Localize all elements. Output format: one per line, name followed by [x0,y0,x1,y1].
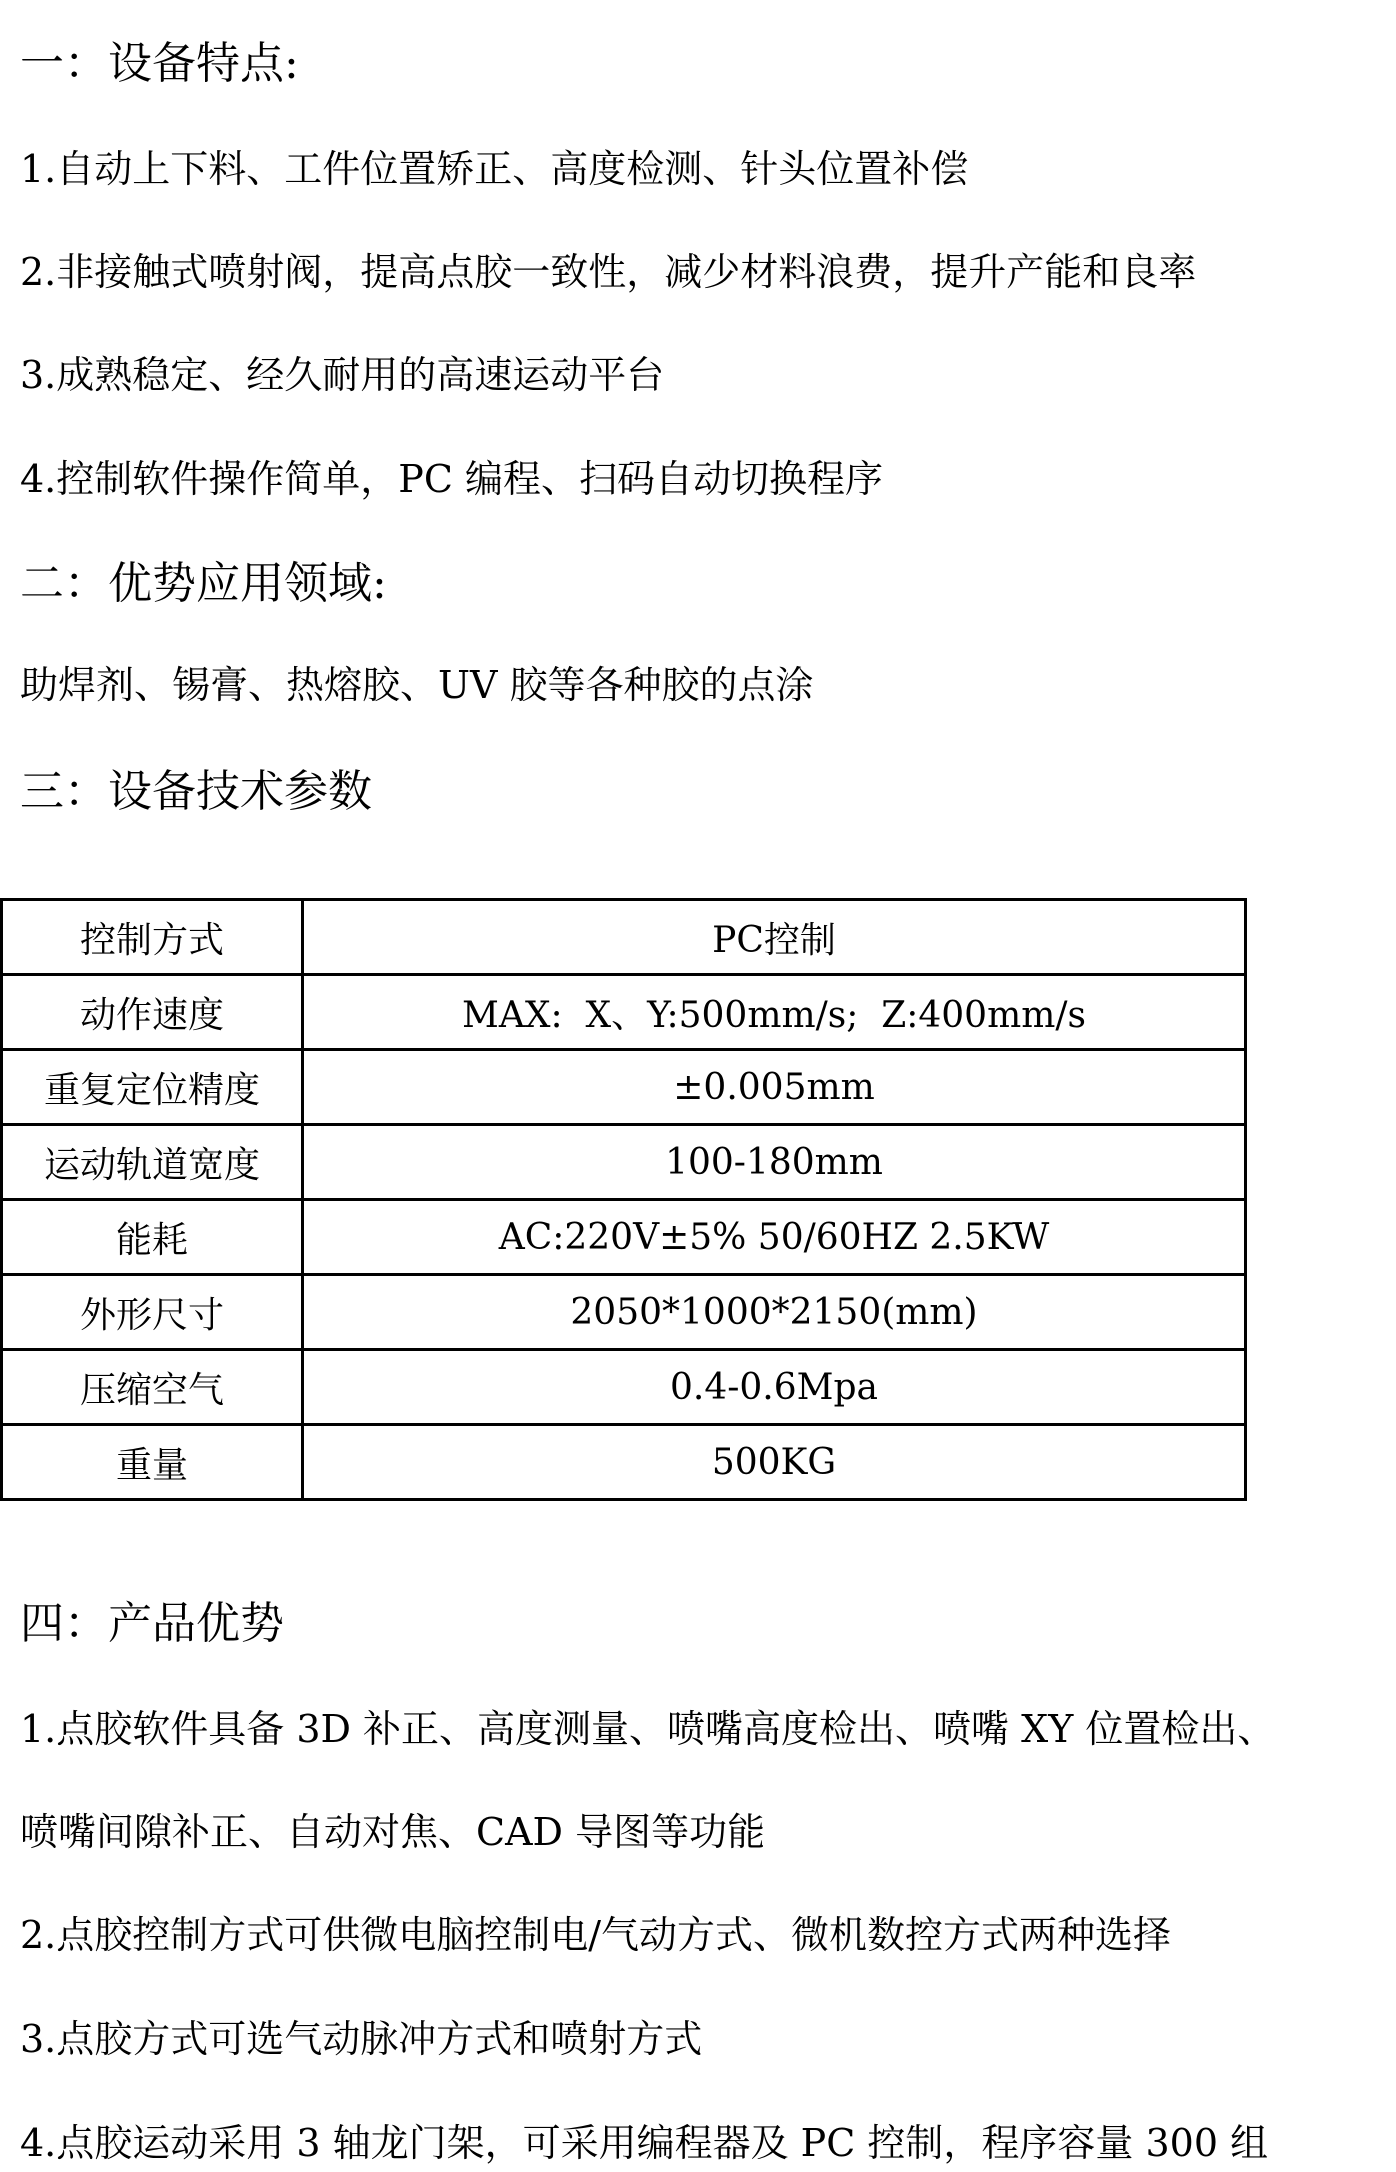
table-row: 重复定位精度 ±0.005mm [2,1050,1246,1125]
spec-label: 能耗 [2,1200,303,1275]
feature-item: 3.成熟稳定、经久耐用的高速运动平台 [20,356,664,394]
spec-label: 外形尺寸 [2,1275,303,1350]
spec-value: 500KG [303,1425,1246,1500]
spec-label: 控制方式 [2,900,303,975]
feature-item: 4.控制软件操作简单，PC 编程、扫码自动切换程序 [20,460,883,498]
spec-label: 重复定位精度 [2,1050,303,1125]
section-application-heading: 二：优势应用领域: [20,562,387,606]
advantage-item: 3.点胶方式可选气动脉冲方式和喷射方式 [20,2020,702,2058]
spec-label: 运动轨道宽度 [2,1125,303,1200]
section-specs-heading: 三：设备技术参数 [20,770,372,814]
application-text: 助焊剂、锡膏、热熔胶、UV 胶等各种胶的点涂 [20,666,814,704]
spec-value: 100-180mm [303,1125,1246,1200]
table-row: 重量 500KG [2,1425,1246,1500]
feature-item: 2.非接触式喷射阀，提高点胶一致性，减少材料浪费，提升产能和良率 [20,253,1196,291]
spec-value: PC控制 [303,900,1246,975]
spec-value: 0.4-0.6Mpa [303,1350,1246,1425]
table-row: 外形尺寸 2050*1000*2150(mm) [2,1275,1246,1350]
table-row: 运动轨道宽度 100-180mm [2,1125,1246,1200]
spec-value: 2050*1000*2150(mm) [303,1275,1246,1350]
section-features-heading: 一：设备特点: [20,42,299,86]
advantage-item: 4.点胶运动采用 3 轴龙门架，可采用编程器及 PC 控制，程序容量 300 组 [20,2124,1268,2162]
table-row: 控制方式 PC控制 [2,900,1246,975]
spec-label: 动作速度 [2,975,303,1050]
spec-table: 控制方式 PC控制 动作速度 MAX: X、Y:500mm/s; Z:400mm… [0,898,1247,1501]
table-row: 能耗 AC:220V±5% 50/60HZ 2.5KW [2,1200,1246,1275]
spec-value: AC:220V±5% 50/60HZ 2.5KW [303,1200,1246,1275]
spec-value: MAX: X、Y:500mm/s; Z:400mm/s [303,975,1246,1050]
advantage-item: 1.点胶软件具备 3D 补正、高度测量、喷嘴高度检出、喷嘴 XY 位置检出、 [20,1710,1275,1748]
feature-item: 1.自动上下料、工件位置矫正、高度检测、针头位置补偿 [20,150,968,188]
spec-value: ±0.005mm [303,1050,1246,1125]
advantage-item: 喷嘴间隙补正、自动对焦、CAD 导图等功能 [20,1813,765,1851]
spec-label: 压缩空气 [2,1350,303,1425]
advantage-item: 2.点胶控制方式可供微电脑控制电/气动方式、微机数控方式两种选择 [20,1916,1171,1954]
table-row: 动作速度 MAX: X、Y:500mm/s; Z:400mm/s [2,975,1246,1050]
table-row: 压缩空气 0.4-0.6Mpa [2,1350,1246,1425]
section-advantages-heading: 四：产品优势 [20,1602,284,1646]
spec-label: 重量 [2,1425,303,1500]
